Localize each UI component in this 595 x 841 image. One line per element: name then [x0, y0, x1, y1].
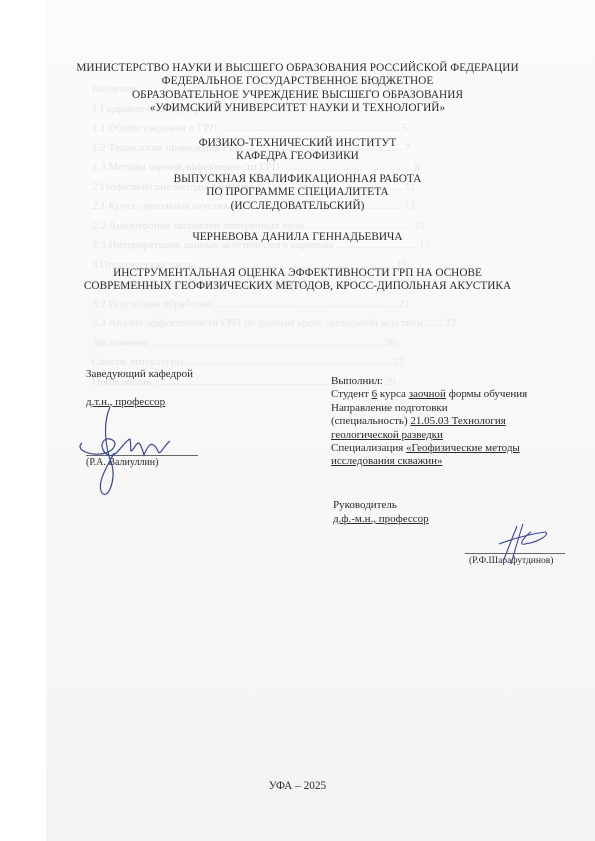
- study-suffix: формы обучения: [446, 388, 527, 400]
- institute-block: ФИЗИКО-ТЕХНИЧЕСКИЙ ИНСТИТУТ КАФЕДРА ГЕОФ…: [0, 137, 595, 164]
- specialty-prefix: (специальность): [331, 415, 410, 427]
- specialty-code: 21.05.03 Технология: [410, 415, 505, 427]
- student-course-line: Студент 6 курса заочной формы обучения: [331, 388, 527, 401]
- footer-city-year: УФА – 2025: [0, 780, 595, 792]
- specialization-prefix: Специализация: [331, 442, 406, 454]
- course-mid: курса: [377, 388, 409, 400]
- direction-label: Направление подготовки: [331, 402, 527, 415]
- performed-by-label: Выполнил:: [331, 375, 527, 388]
- department-name: КАФЕДРА ГЕОФИЗИКИ: [0, 150, 595, 163]
- head-title: Заведующий кафедрой: [86, 368, 193, 382]
- header-line: ФЕДЕРАЛЬНОЕ ГОСУДАРСТВЕННОЕ БЮДЖЕТНОЕ: [0, 75, 595, 88]
- student-block: Выполнил: Студент 6 курса заочной формы …: [331, 375, 527, 469]
- institute-name: ФИЗИКО-ТЕХНИЧЕСКИЙ ИНСТИТУТ: [0, 137, 595, 150]
- supervisor-block: Руководитель д.ф.-м.н., профессор: [333, 498, 429, 526]
- supervisor-title: Руководитель: [333, 498, 429, 512]
- specialization-name: «Геофизические методы: [406, 442, 520, 454]
- study-form: заочной: [409, 388, 446, 400]
- specialization-name-cont: исследования скважин»: [331, 455, 527, 468]
- student-prefix: Студент: [331, 388, 372, 400]
- topic-line: ИНСТРУМЕНТАЛЬНАЯ ОЦЕНКА ЭФФЕКТИВНОСТИ ГР…: [0, 267, 595, 280]
- ministry-header: МИНИСТЕРСТВО НАУКИ И ВЫСШЕГО ОБРАЗОВАНИЯ…: [0, 62, 595, 116]
- supervisor-degree: д.ф.-м.н., профессор: [333, 512, 429, 526]
- head-of-department-block: Заведующий кафедрой д.т.н., профессор: [86, 368, 193, 409]
- header-line: ОБРАЗОВАТЕЛЬНОЕ УЧРЕЖДЕНИЕ ВЫСШЕГО ОБРАЗ…: [0, 89, 595, 102]
- head-signature-icon: [72, 405, 172, 505]
- header-line: МИНИСТЕРСТВО НАУКИ И ВЫСШЕГО ОБРАЗОВАНИЯ…: [0, 62, 595, 75]
- work-type-block: ВЫПУСКНАЯ КВАЛИФИКАЦИОННАЯ РАБОТА ПО ПРО…: [0, 173, 595, 213]
- specialty-line: (специальность) 21.05.03 Технология: [331, 415, 527, 428]
- work-type-line: (ИССЛЕДОВАТЕЛЬСКИЙ): [0, 200, 595, 213]
- author-name: ЧЕРНЕВОВА ДАНИЛА ГЕННАДЬЕВИЧА: [0, 231, 595, 243]
- work-type-line: ВЫПУСКНАЯ КВАЛИФИКАЦИОННАЯ РАБОТА: [0, 173, 595, 186]
- topic-line: СОВРЕМЕННЫХ ГЕОФИЗИЧЕСКИХ МЕТОДОВ, КРОСС…: [0, 280, 595, 293]
- thesis-topic: ИНСТРУМЕНТАЛЬНАЯ ОЦЕНКА ЭФФЕКТИВНОСТИ ГР…: [0, 267, 595, 294]
- specialization-line: Специализация «Геофизические методы: [331, 442, 527, 455]
- supervisor-signature-icon: [495, 522, 555, 567]
- header-line: «УФИМСКИЙ УНИВЕРСИТЕТ НАУКИ И ТЕХНОЛОГИЙ…: [0, 102, 595, 115]
- work-type-line: ПО ПРОГРАММЕ СПЕЦИАЛИТЕТА: [0, 186, 595, 199]
- specialty-name: геологической разведки: [331, 429, 527, 442]
